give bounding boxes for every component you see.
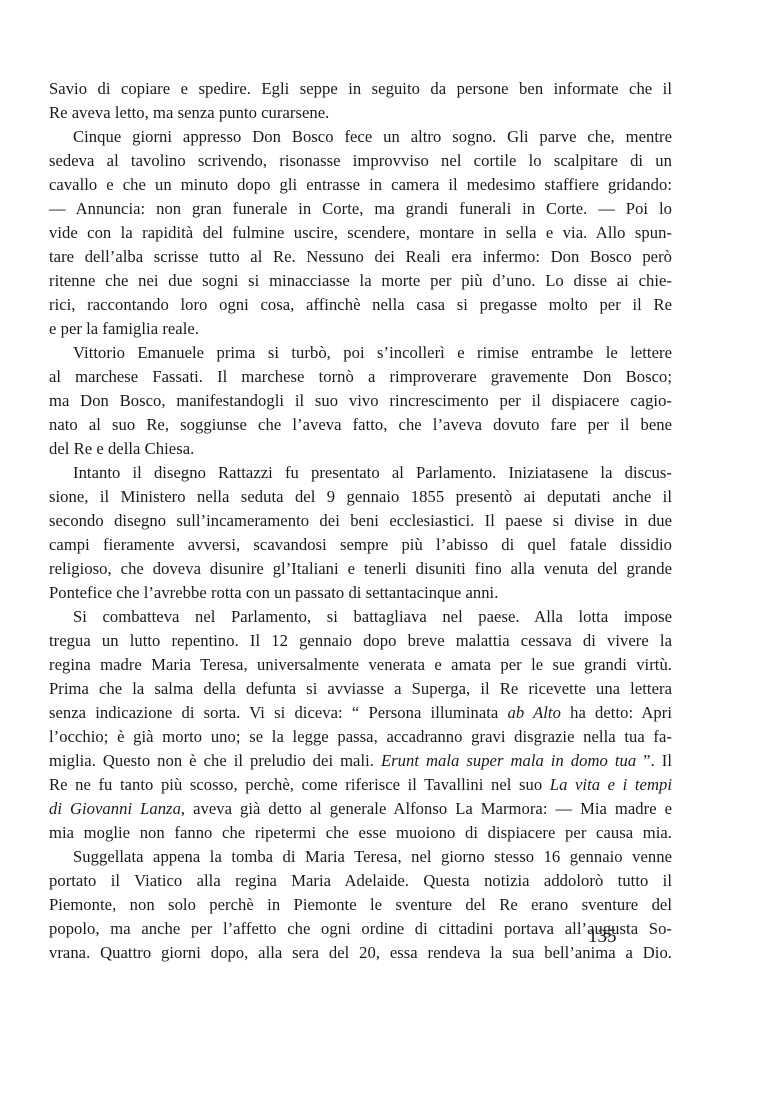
text-line: ritenne che nei due sogni si minacciasse… — [49, 269, 672, 293]
text-line: campi fieramente avversi, scavandosi sem… — [49, 533, 672, 557]
text-line: religioso, che doveva disunire gl’Italia… — [49, 557, 672, 581]
text-line: portato il Viatico alla regina Maria Ade… — [49, 869, 672, 893]
text-line: Prima che la salma della defunta si avvi… — [49, 677, 672, 701]
text-line: nato al suo Re, soggiunse che l’aveva fa… — [49, 413, 672, 437]
italic-phrase: di Giovanni Lanza — [49, 799, 181, 818]
text-line: sione, il Ministero nella seduta del 9 g… — [49, 485, 672, 509]
text-line: tare dell’alba scrisse tutto al Re. Ness… — [49, 245, 672, 269]
text-line: secondo disegno sull’incameramento dei b… — [49, 509, 672, 533]
text-line: popolo, ma anche per l’affetto che ogni … — [49, 917, 672, 941]
page-number: 135 — [588, 925, 617, 949]
text-line: rici, raccontando loro ogni cosa, affinc… — [49, 293, 672, 317]
italic-phrase: ab Alto — [508, 703, 561, 722]
italic-phrase: Erunt mala super mala in domo tua — [381, 751, 636, 770]
text-line: Pontefice che l’avrebbe rotta con un pas… — [49, 581, 672, 605]
paragraph: Intanto il disegno Rattazzi fu presentat… — [49, 461, 672, 605]
text-line: vrana. Quattro giorni dopo, alla sera de… — [49, 941, 672, 965]
text-line: — Annuncia: non gran funerale in Corte, … — [49, 197, 672, 221]
italic-phrase: La vita e i tempi — [550, 775, 672, 794]
text-line: Intanto il disegno Rattazzi fu presentat… — [49, 461, 672, 485]
paragraph: Vittorio Emanuele prima si turbò, poi s’… — [49, 341, 672, 461]
text-line: l’occhio; è già morto uno; se la legge p… — [49, 725, 672, 749]
text-line: vide con la rapidità del fulmine uscire,… — [49, 221, 672, 245]
text-line: sedeva al tavolino scrivendo, risonasse … — [49, 149, 672, 173]
text-line: al marchese Fassati. Il marchese tornò a… — [49, 365, 672, 389]
paragraph: Cinque giorni appresso Don Bosco fece un… — [49, 125, 672, 341]
text-line: ma Don Bosco, manifestandogli il suo viv… — [49, 389, 672, 413]
text-line: mia moglie non fanno che ripetermi che e… — [49, 821, 672, 845]
text-line: e per la famiglia reale. — [49, 317, 672, 341]
paragraph: Si combatteva nel Parlamento, si battagl… — [49, 605, 672, 845]
paragraph: Suggellata appena la tomba di Maria Tere… — [49, 845, 672, 965]
text-line: Savio di copiare e spedire. Egli seppe i… — [49, 77, 672, 101]
text-line: di Giovanni Lanza, aveva già detto al ge… — [49, 797, 672, 821]
text-line: miglia. Questo non è che il preludio dei… — [49, 749, 672, 773]
text-line: tregua un lutto repentino. Il 12 gennaio… — [49, 629, 672, 653]
text-line: regina madre Maria Teresa, universalment… — [49, 653, 672, 677]
text-line: senza indicazione di sorta. Vi si diceva… — [49, 701, 672, 725]
text-line: Vittorio Emanuele prima si turbò, poi s’… — [49, 341, 672, 365]
body-text: Savio di copiare e spedire. Egli seppe i… — [49, 77, 672, 965]
text-line: del Re e della Chiesa. — [49, 437, 672, 461]
paragraph: Savio di copiare e spedire. Egli seppe i… — [49, 77, 672, 125]
text-line: Suggellata appena la tomba di Maria Tere… — [49, 845, 672, 869]
text-line: cavallo e che un minuto dopo gli entrass… — [49, 173, 672, 197]
text-line: Si combatteva nel Parlamento, si battagl… — [49, 605, 672, 629]
text-line: Cinque giorni appresso Don Bosco fece un… — [49, 125, 672, 149]
text-line: Piemonte, non solo perchè in Piemonte le… — [49, 893, 672, 917]
text-line: Re aveva letto, ma senza punto curarsene… — [49, 101, 672, 125]
text-line: Re ne fu tanto più scosso, perchè, come … — [49, 773, 672, 797]
